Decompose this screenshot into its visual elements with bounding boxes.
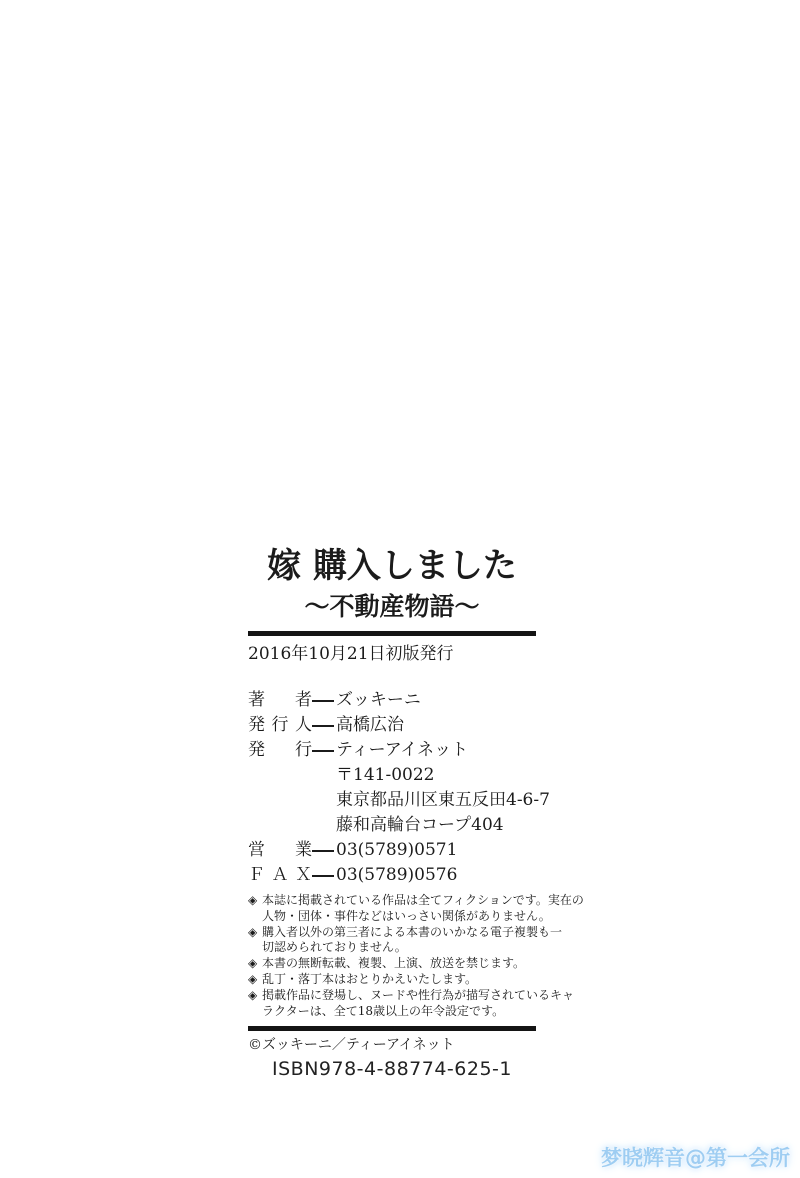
author-label: 著者 xyxy=(248,688,312,713)
top-divider-rule xyxy=(248,631,536,636)
issuer-label: 発行人 xyxy=(248,713,312,738)
leader-dash xyxy=(312,875,334,877)
notice-fiction: ◈ 本誌に掲載されている作品は全てフィクションです。実在の 人物・団体・事件など… xyxy=(248,893,536,925)
diamond-bullet-icon: ◈ xyxy=(248,925,262,957)
leader-dash xyxy=(312,850,334,852)
notice-line: 掲載作品に登場し、ヌードや性行為が描写されているキャ xyxy=(262,988,574,1004)
notice-age-statement: ◈ 掲載作品に登場し、ヌードや性行為が描写されているキャ ラクターは、全て18歳… xyxy=(248,988,536,1020)
leader-dash xyxy=(312,750,334,752)
author-name: ズッキーニ xyxy=(336,688,421,713)
diamond-bullet-icon: ◈ xyxy=(248,988,262,1020)
book-subtitle: ～不動産物語～ xyxy=(248,593,536,621)
publisher-label: 発行 xyxy=(248,738,312,763)
notice-defective-copies: ◈ 乱丁・落丁本はおとりかえいたします。 xyxy=(248,972,536,988)
scanner-watermark: 梦晓辉音@第一会所 xyxy=(601,1142,790,1172)
notice-line: ラクターは、全て18歳以上の年令設定です。 xyxy=(262,1004,574,1020)
address-line-1: 東京都品川区東五反田4-6-7 xyxy=(336,788,536,813)
notice-line: 人物・団体・事件などはいっさい関係がありません。 xyxy=(262,909,584,925)
sales-label: 営業 xyxy=(248,838,312,863)
legal-notices: ◈ 本誌に掲載されている作品は全てフィクションです。実在の 人物・団体・事件など… xyxy=(248,893,536,1019)
sales-phone-number: 03(5789)0571 xyxy=(336,838,457,863)
publisher-name: ティーアイネット xyxy=(336,738,468,763)
author-row: 著者 ズッキーニ xyxy=(248,688,536,713)
notice-reproduction: ◈ 本書の無断転載、複製、上演、放送を禁じます。 xyxy=(248,956,536,972)
issuer-name: 高橋広治 xyxy=(336,713,404,738)
diamond-bullet-icon: ◈ xyxy=(248,972,262,988)
notice-line: 本書の無断転載、複製、上演、放送を禁じます。 xyxy=(262,956,536,972)
leader-dash xyxy=(312,700,334,702)
isbn-code: ISBN978-4-88774-625-1 xyxy=(248,1058,536,1080)
diamond-bullet-icon: ◈ xyxy=(248,893,262,925)
edition-date: 2016年10月21日初版発行 xyxy=(248,642,536,666)
notice-line: 乱丁・落丁本はおとりかえいたします。 xyxy=(262,972,536,988)
notice-copy-restriction: ◈ 購入者以外の第三者による本書のいかなる電子複製も一 切認められておりません。 xyxy=(248,925,536,957)
fax-label: ＦＡＸ xyxy=(248,863,312,888)
postal-code: 〒141-0022 xyxy=(336,763,536,788)
fax-number: 03(5789)0576 xyxy=(336,863,457,888)
sales-phone-row: 営業 03(5789)0571 xyxy=(248,838,536,863)
colophon-column: 嫁 購入しました ～不動産物語～ 2016年10月21日初版発行 著者 ズッキー… xyxy=(248,0,536,1080)
book-title: 嫁 購入しました xyxy=(248,548,536,584)
publisher-row: 発行 ティーアイネット xyxy=(248,738,536,763)
notice-line: 購入者以外の第三者による本書のいかなる電子複製も一 xyxy=(262,925,562,941)
copyright-line: ©ズッキーニ／ティーアイネット xyxy=(248,1036,536,1055)
issuer-row: 発行人 高橋広治 xyxy=(248,713,536,738)
bottom-divider-rule xyxy=(248,1026,536,1031)
colophon-page: 嫁 購入しました ～不動産物語～ 2016年10月21日初版発行 著者 ズッキー… xyxy=(0,0,800,1178)
publication-info: 著者 ズッキーニ 発行人 高橋広治 発行 ティーアイネット 〒141-0022 … xyxy=(248,688,536,888)
notice-line: 切認められておりません。 xyxy=(262,940,562,956)
address-line-2: 藤和高輪台コープ404 xyxy=(336,813,536,838)
notice-line: 本誌に掲載されている作品は全てフィクションです。実在の xyxy=(262,893,584,909)
diamond-bullet-icon: ◈ xyxy=(248,956,262,972)
fax-row: ＦＡＸ 03(5789)0576 xyxy=(248,863,536,888)
leader-dash xyxy=(312,725,334,727)
